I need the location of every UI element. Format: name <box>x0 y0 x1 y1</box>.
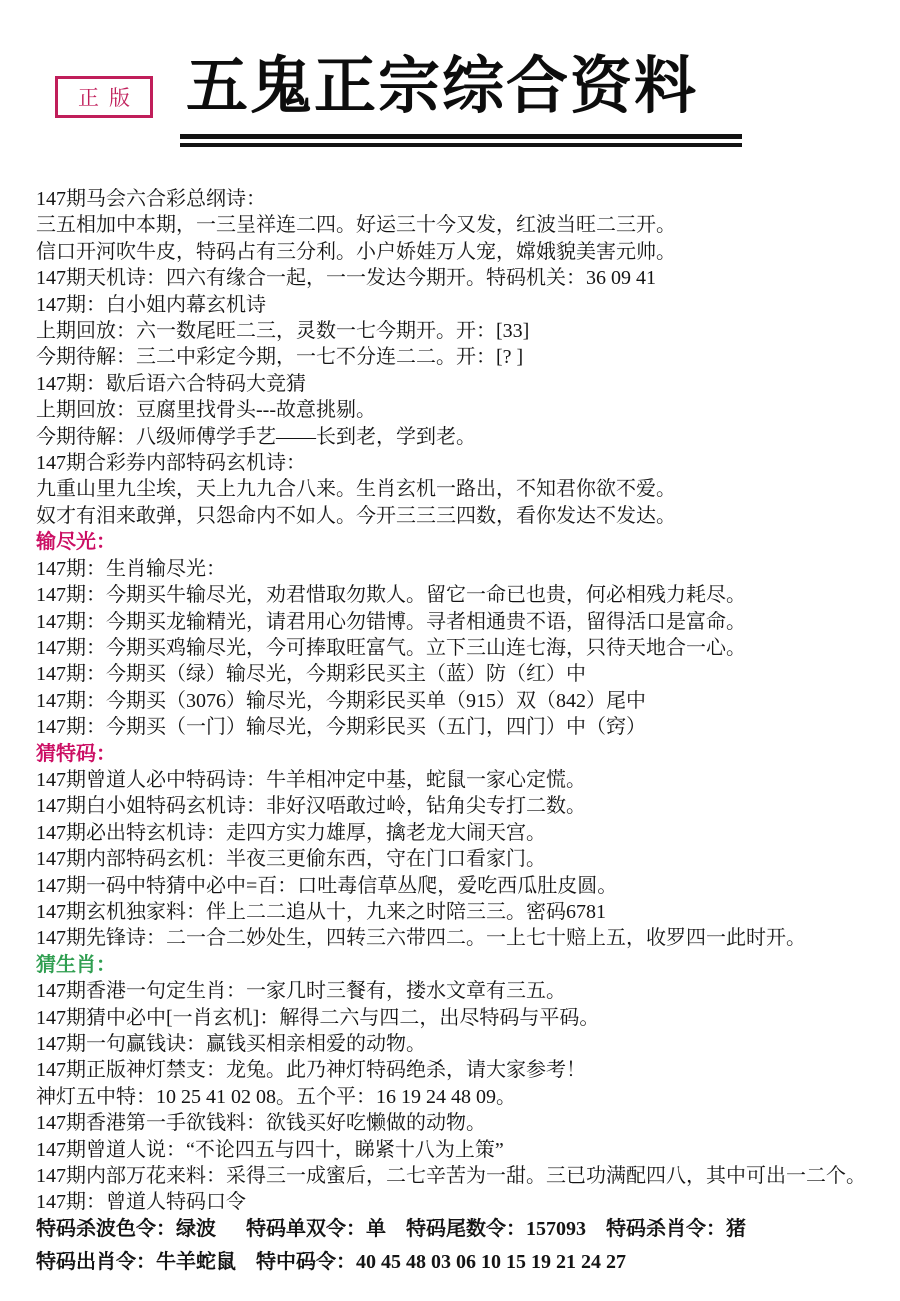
title-underline <box>180 134 742 147</box>
content-lines: 147期马会六合彩总纲诗：三五相加中本期，一三呈祥连二四。好运三十今又发，红波当… <box>0 186 900 1276</box>
text-line: 147期：今期买（3076）输尽光，今期彩民买单（915）双（842）尾中 <box>36 688 886 714</box>
text-line: 147期一句赢钱诀：赢钱买相亲相爱的动物。 <box>36 1031 886 1057</box>
text-line: 九重山里九尘埃，天上九九合八来。生肖玄机一路出，不知君你欲不爱。 <box>36 476 886 502</box>
text-line: 特码杀波色令：绿波 特码单双令：单 特码尾数令：157093 特码杀肖令：猪 <box>36 1216 886 1242</box>
text-line: 猜生肖： <box>36 952 886 978</box>
text-line: 输尽光： <box>36 529 886 555</box>
text-line: 147期：白小姐内幕玄机诗 <box>36 292 886 318</box>
text-line: 147期曾道人必中特码诗：牛羊相冲定中基，蛇鼠一家心定慌。 <box>36 767 886 793</box>
text-line: 147期：今期买（一门）输尽光，今期彩民买（五门，四门）中（窍） <box>36 714 886 740</box>
text-line: 147期：今期买鸡输尽光，今可捧取旺富气。立下三山连七海，只待天地合一心。 <box>36 635 886 661</box>
text-line: 147期内部特码玄机：半夜三更偷东西，守在门口看家门。 <box>36 846 886 872</box>
text-line: 147期：曾道人特码口令 <box>36 1189 886 1215</box>
text-line: 147期玄机独家料：伴上二二追从十，九来之时陪三三。密码6781 <box>36 899 886 925</box>
text-line: 三五相加中本期，一三呈祥连二四。好运三十今又发，红波当旺二三开。 <box>36 212 886 238</box>
text-line: 147期：歇后语六合特码大竞猜 <box>36 371 886 397</box>
underline-bar-bottom <box>180 143 742 147</box>
text-line: 147期：今期买牛输尽光，劝君惜取勿欺人。留它一命已也贵，何必相残力耗尽。 <box>36 582 886 608</box>
text-line: 奴才有泪来敢弹，只怨命内不如人。今开三三三四数，看你发达不发达。 <box>36 503 886 529</box>
text-line: 上期回放：豆腐里找骨头---故意挑剔。 <box>36 397 886 423</box>
text-line: 147期香港一句定生肖：一家几时三餐有，搂水文章有三五。 <box>36 978 886 1004</box>
page-header: 正版 五鬼正宗综合资料 <box>0 0 900 186</box>
text-line: 今期待解：八级师傅学手艺——长到老，学到老。 <box>36 424 886 450</box>
edition-badge: 正版 <box>55 76 153 118</box>
text-line: 147期一码中特猜中必中=百：口吐毒信草丛爬，爱吃西瓜肚皮圆。 <box>36 873 886 899</box>
text-line: 147期天机诗：四六有缘合一起，一一发达今期开。特码机关：36 09 41 <box>36 265 886 291</box>
underline-bar-top <box>180 134 742 139</box>
text-line: 信口开河吹牛皮，特码占有三分利。小户娇娃万人宠，嫦娥貌美害元帅。 <box>36 239 886 265</box>
text-line: 神灯五中特：10 25 41 02 08。五个平：16 19 24 48 09。 <box>36 1084 886 1110</box>
text-line: 147期：今期买（绿）输尽光，今期彩民买主（蓝）防（红）中 <box>36 661 886 687</box>
text-line: 147期合彩券内部特码玄机诗： <box>36 450 886 476</box>
text-line: 147期马会六合彩总纲诗： <box>36 186 886 212</box>
text-line: 特码出肖令：牛羊蛇鼠 特中码令：40 45 48 03 06 10 15 19 … <box>36 1249 886 1275</box>
page-title: 五鬼正宗综合资料 <box>186 52 698 123</box>
text-line: 147期：生肖输尽光： <box>36 556 886 582</box>
text-line: 147期先锋诗：二一合二妙处生，四转三六带四二。一上七十赔上五，收罗四一此时开。 <box>36 925 886 951</box>
text-line: 147期香港第一手欲钱料：欲钱买好吃懒做的动物。 <box>36 1110 886 1136</box>
text-line: 147期必出特玄机诗：走四方实力雄厚，擒老龙大闹天宫。 <box>36 820 886 846</box>
text-line: 147期内部万花来料：采得三一成蜜后，二七辛苦为一甜。三已功满配四八，其中可出一… <box>36 1163 886 1189</box>
text-line: 147期曾道人说：“不论四五与四十，睇紧十八为上策” <box>36 1137 886 1163</box>
text-line: 今期待解：三二中彩定今期，一七不分连二二。开：[? ] <box>36 344 886 370</box>
text-line: 147期：今期买龙输精光，请君用心勿错博。寻者相通贵不语，留得活口是富命。 <box>36 609 886 635</box>
text-line: 147期白小姐特码玄机诗：非好汉唔敢过岭，钻角尖专打二数。 <box>36 793 886 819</box>
text-line: 147期猜中必中[一肖玄机]：解得二六与四二，出尽特码与平码。 <box>36 1005 886 1031</box>
text-line: 上期回放：六一数尾旺二三，灵数一七今期开。开：[33] <box>36 318 886 344</box>
text-line: 147期正版神灯禁支：龙兔。此乃神灯特码绝杀，请大家参考！ <box>36 1057 886 1083</box>
text-line: 猜特码： <box>36 741 886 767</box>
